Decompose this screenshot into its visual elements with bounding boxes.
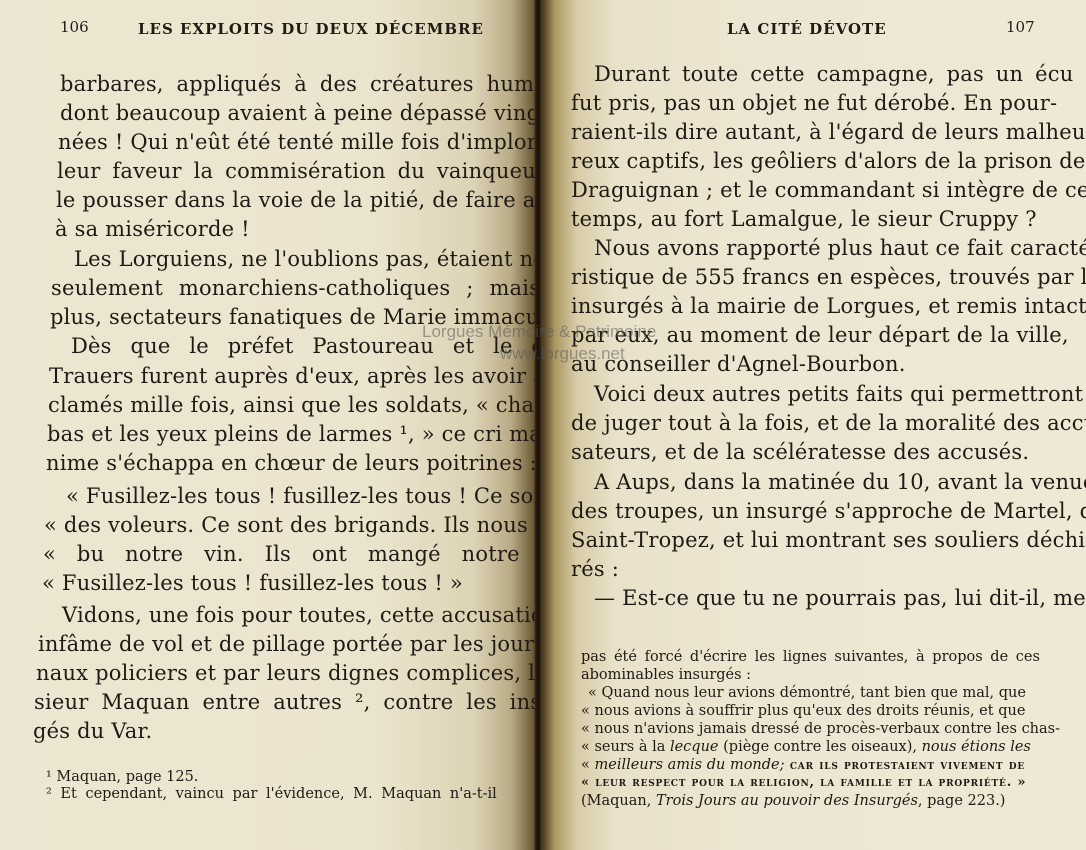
footnote-quote: « nous avions à souffrir plus qu'eux des… [581,702,1025,720]
text-line: reux captifs, les geôliers d'alors de la… [571,147,1085,175]
text-line: sateurs, et de la scélératesse des accus… [571,438,1029,466]
footnote-text: (piège contre les oiseaux), [719,739,922,755]
text-line: seulement monarchiens-catholiques ; mais… [51,274,538,302]
page-number: 106 [60,18,89,36]
paragraph-start: Voici deux autres petits faits qui perme… [594,380,1083,408]
text-line: fut pris, pas un objet ne fut dérobé. En… [571,89,1057,117]
footnote: ² Et cependant, vaincu par l'évidence, M… [46,785,497,803]
text-line: naux policiers et par leurs dignes compl… [36,659,538,687]
footnote-citation: (Maquan, Trois Jours au pouvoir des Insu… [581,792,1005,810]
text-line: barbares, appliqués à des créatures huma… [60,70,538,98]
text-line: des troupes, un insurgé s'approche de Ma… [571,497,1086,525]
footnote-text: « [581,757,594,773]
text-line: Draguignan ; et le commandant si intègre… [571,176,1086,204]
watermark-title: Lorgues Mémoire & Patrimoine [422,322,656,342]
text-line: de juger tout à la fois, et de la morali… [571,409,1086,437]
footnote-italic: Trois Jours au pouvoir des Insurgés [656,793,918,809]
quote-line: « Fusillez-les tous ! fusillez-les tous … [42,569,463,597]
quote-line: « des voleurs. Ce sont des brigands. Ils… [44,511,538,539]
footnote-quote: « leur respect pour la religion, la fami… [581,774,1026,792]
quote-line: « Fusillez-les tous ! fusillez-les tous … [66,482,538,510]
text-line: insurgés à la mairie de Lorgues, et remi… [571,292,1086,320]
paragraph-start: Vidons, une fois pour toutes, cette accu… [62,601,538,629]
left-page: 106 LES EXPLOITS DU DEUX DÉCEMBRE barbar… [0,0,538,850]
footnote-italic: meilleurs amis du monde; [594,757,784,773]
running-head: LA CITÉ DÉVOTE [727,20,887,38]
book-spread: 106 LES EXPLOITS DU DEUX DÉCEMBRE barbar… [0,0,1086,850]
text-line: clamés mille fois, ainsi que les soldats… [48,391,538,419]
text-line: à sa miséricorde ! [55,215,250,243]
text-line: sieur Maquan entre autres ², contre les … [34,688,538,716]
text-line: dont beaucoup avaient à peine dépassé vi… [60,99,538,127]
footnote-text: « seurs à la [581,739,670,755]
quote-line: « bu notre vin. Ils ont mangé notre pain… [43,540,538,568]
footnote-smallcaps: car ils protestaient vivement de [785,758,1025,773]
text-line: bas et les yeux pleins de larmes ¹, » ce… [47,420,538,448]
watermark-url: www.lorgues.net [500,344,625,364]
footnote-text: , page 223.) [918,793,1006,809]
text-line: ristique de 555 francs en espèces, trouv… [571,263,1086,291]
dialogue-line: — Est-ce que tu ne pourrais pas, lui dit… [594,584,1086,612]
text-line: nime s'échappa en chœur de leurs poitrin… [46,449,537,477]
footnote-quote: « seurs à la lecque (piège contre les oi… [581,738,1031,756]
footnote-text: (Maquan, [581,793,656,809]
paragraph-start: A Aups, dans la matinée du 10, avant la … [594,468,1086,496]
text-line: nées ! Qui n'eût été tenté mille fois d'… [58,128,538,156]
footnote-quote: « Quand nous leur avions démontré, tant … [588,684,1026,702]
footnote-continuation: pas été forcé d'écrire les lignes suivan… [581,648,1040,666]
footnote-quote: « nous n'avions jamais dressé de procès-… [581,720,1060,738]
paragraph-start: Nous avons rapporté plus haut ce fait ca… [594,234,1086,262]
text-line: leur faveur la commisération du vainqueu… [57,157,538,185]
book-gutter [535,0,541,850]
footnote: ¹ Maquan, page 125. [46,768,198,786]
text-line: infâme de vol et de pillage portée par l… [38,630,538,658]
text-line: temps, au fort Lamalgue, le sieur Cruppy… [571,205,1037,233]
footnote-italic: lecque [670,739,719,755]
paragraph-start: Durant toute cette campagne, pas un écu … [594,60,1086,88]
text-line: le pousser dans la voie de la pitié, de … [56,186,538,214]
text-line: Trauers furent auprès d'eux, après les a… [49,362,538,390]
right-page: LA CITÉ DÉVOTE 107 Durant toute cette ca… [538,0,1086,850]
footnote-quote: « meilleurs amis du monde; car ils prote… [581,756,1025,775]
footnote-continuation: abominables insurgés : [581,666,751,684]
page-number: 107 [1006,18,1035,36]
text-line: gés du Var. [33,717,152,745]
text-line: rés : [571,555,619,583]
footnote-italic: nous étions les [922,739,1031,755]
text-line: raient-ils dire autant, à l'égard de leu… [571,118,1086,146]
text-line: Saint-Tropez, et lui montrant ses soulie… [571,526,1086,554]
running-head: LES EXPLOITS DU DEUX DÉCEMBRE [138,20,484,38]
paragraph-start: Les Lorguiens, ne l'oublions pas, étaien… [74,245,538,273]
